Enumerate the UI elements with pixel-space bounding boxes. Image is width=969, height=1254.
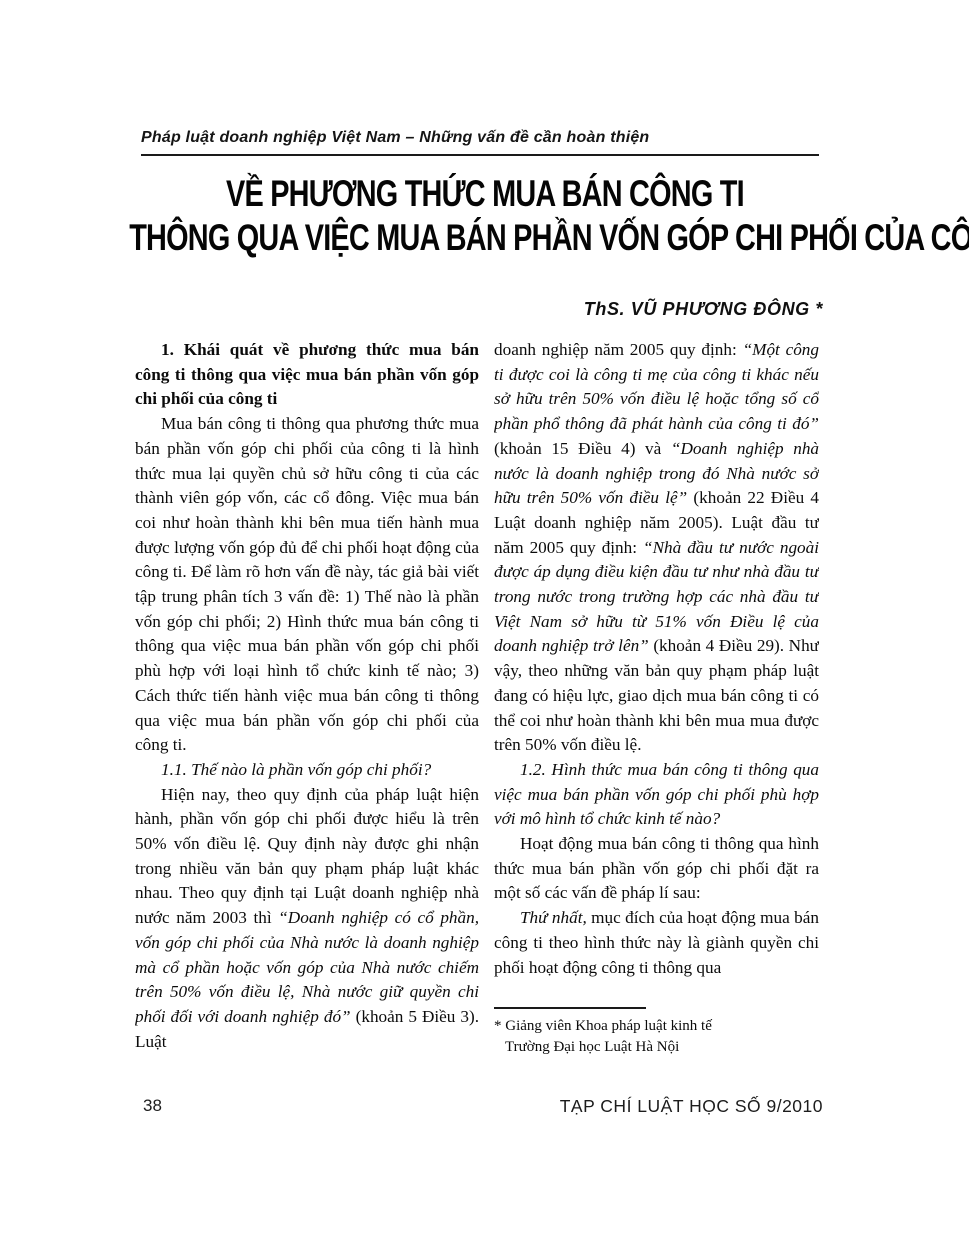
article-title: VỀ PHƯƠNG THỨC MUA BÁN CÔNG TI THÔNG QUA… — [0, 172, 969, 260]
paragraph: 1. Khái quát về phương thức mua bán công… — [135, 338, 479, 412]
page-number: 38 — [143, 1096, 162, 1116]
text-run: Mua bán công ti thông qua phương thức mu… — [135, 414, 479, 754]
paragraph: Thứ nhất, mục đích của hoạt động mua bán… — [494, 906, 819, 980]
paragraph: Hiện nay, theo quy định của pháp luật hi… — [135, 783, 479, 1055]
text-run: 1.2. Hình thức mua bán công ti thông qua… — [494, 760, 819, 828]
text-run: Thứ nhất, — [520, 908, 587, 927]
journal-footer: TẠP CHÍ LUẬT HỌC SỐ 9/2010 — [560, 1096, 823, 1117]
footnote-line: * Giảng viên Khoa pháp luật kinh tế — [494, 1016, 819, 1037]
text-run: 1.1. Thế nào là phần vốn góp chi phối? — [161, 760, 431, 779]
text-run: doanh nghiệp năm 2005 quy định: — [494, 340, 743, 359]
article-body: 1. Khái quát về phương thức mua bán công… — [135, 338, 819, 1086]
text-run: Hiện nay, theo quy định của pháp luật hi… — [135, 785, 479, 928]
article-title-line-1: VỀ PHƯƠNG THỨC MUA BÁN CÔNG TI — [0, 172, 969, 216]
paragraph: Mua bán công ti thông qua phương thức mu… — [135, 412, 479, 758]
paragraph: 1.1. Thế nào là phần vốn góp chi phối? — [135, 758, 479, 783]
running-header: Pháp luật doanh nghiệp Việt Nam – Những … — [141, 129, 819, 156]
footnote-line: Trường Đại học Luật Hà Nội — [494, 1037, 819, 1058]
text-run: 1. Khái quát về phương thức mua bán công… — [135, 340, 479, 408]
paragraph: Hoạt động mua bán công ti thông qua hình… — [494, 832, 819, 906]
text-run: (khoản 15 Điều 4) và — [494, 439, 671, 458]
right-column: doanh nghiệp năm 2005 quy định: “Một côn… — [494, 338, 819, 1086]
article-title-line-2: THÔNG QUA VIỆC MUA BÁN PHẦN VỐN GÓP CHI … — [0, 216, 969, 260]
journal-page: Pháp luật doanh nghiệp Việt Nam – Những … — [0, 0, 969, 1254]
paragraph: 1.2. Hình thức mua bán công ti thông qua… — [494, 758, 819, 832]
text-run: Hoạt động mua bán công ti thông qua hình… — [494, 834, 819, 902]
author-byline: ThS. VŨ PHƯƠNG ĐÔNG * — [584, 299, 823, 320]
paragraph: doanh nghiệp năm 2005 quy định: “Một côn… — [494, 338, 819, 758]
left-column: 1. Khái quát về phương thức mua bán công… — [135, 338, 479, 1086]
running-header-text: Pháp luật doanh nghiệp Việt Nam – Những … — [141, 129, 649, 146]
footnote-divider — [494, 1007, 646, 1009]
footnote: * Giảng viên Khoa pháp luật kinh tếTrườn… — [494, 1007, 819, 1058]
